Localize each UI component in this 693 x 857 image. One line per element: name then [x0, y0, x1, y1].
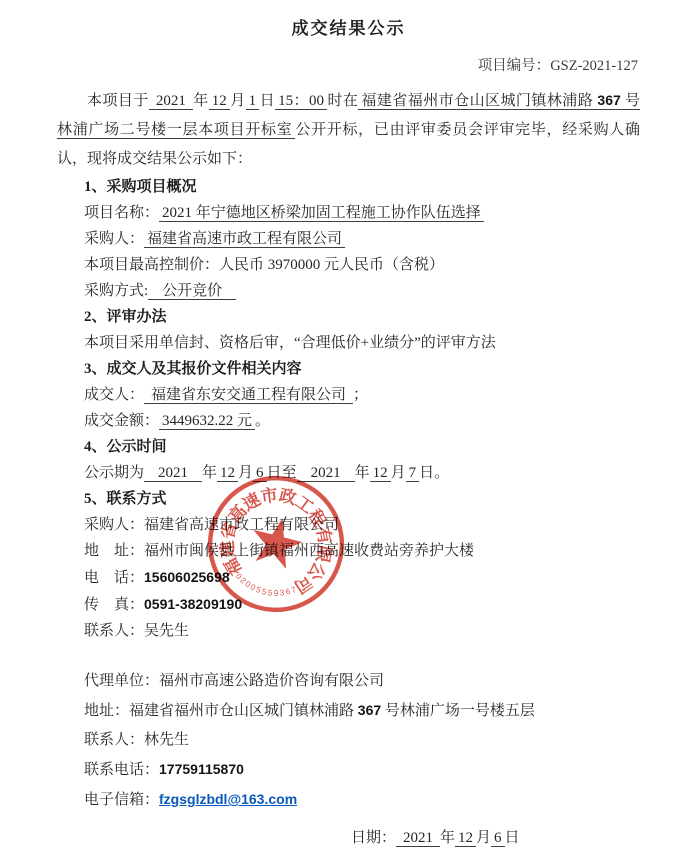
document-page: 成交结果公示 项目编号：GSZ-2021-127 本项目于2021年12月1日1… [0, 0, 693, 857]
project-name-value: 2021 年宁德地区桥梁加固工程施工协作队伍选择 [159, 205, 484, 222]
max-price-value: 人民币 3970000 元人民币（含税） [219, 257, 444, 273]
evaluation-method-text: 本项目采用单信封、资格后审，“合理低价+业绩分”的评审方法 [84, 330, 640, 356]
field-label: 电子信箱： [84, 792, 159, 808]
buyer-value: 福建省高速市政工程有限公司 [144, 231, 345, 248]
open-month-blank: 12 [209, 93, 230, 110]
agency-phone-value: 17759115870 [159, 761, 244, 777]
project-name-line: 项目名称：2021 年宁德地区桥梁加固工程施工协作队伍选择 [84, 200, 640, 226]
email-link[interactable]: fzgsglzbdl@163.com [159, 791, 297, 807]
amount-line: 成交金额：3449632.22 元。 [84, 408, 640, 434]
contact-person-value: 吴先生 [144, 623, 189, 639]
intro-paragraph: 本项目于2021年12月1日15：00时在福建省福州市仓山区城门镇林浦路 367… [57, 86, 640, 174]
amount-value: 3449632.22 元 [159, 413, 255, 430]
date-month-blank: 12 [455, 830, 476, 847]
venue-text: 福建省福州市仓山区城门镇林浦路 [361, 93, 597, 109]
field-label: 采购人： [84, 231, 144, 247]
from-day-blank: 6 [253, 465, 267, 482]
intro-text: 年 [193, 93, 209, 109]
section-2-heading: 2、评审办法 [84, 304, 640, 330]
unit-text: 年 [440, 830, 455, 846]
intro-text: 月 [230, 93, 246, 109]
field-label: 采购方式: [84, 283, 148, 299]
contact-buyer-value: 福建省高速市政工程有限公司 [144, 517, 339, 533]
open-day-blank: 1 [246, 93, 260, 110]
unit-text: 年 [355, 465, 370, 481]
from-month-blank: 12 [217, 465, 238, 482]
agency-phone-line: 联系电话：17759115870 [84, 755, 640, 785]
intro-text: 日 [259, 93, 275, 109]
unit-text: 年 [202, 465, 217, 481]
to-year-blank: 2021 [297, 465, 355, 482]
contact-phone-value: 15606025698 [144, 569, 230, 585]
winner-suffix: ； [353, 387, 368, 403]
field-label: 采购人： [84, 517, 144, 533]
field-label: 联系人： [84, 623, 144, 639]
venue-number: 367 [597, 92, 620, 108]
agency-address-text: 福建省福州市仓山区城门镇林浦路 [129, 703, 358, 719]
page-title: 成交结果公示 [57, 16, 640, 42]
publicity-period-line: 公示期为2021年12月6日至2021年12月7日。 [84, 460, 640, 486]
field-label: 项目名称： [84, 205, 159, 221]
date-line: 日期：2021年12月6日 [351, 825, 640, 851]
contact-address-value: 福州市闽侯县上街镇福州西高速收费站旁养护大楼 [144, 543, 474, 559]
open-time-blank: 15：00 [275, 93, 327, 110]
date-year-blank: 2021 [396, 830, 440, 847]
open-year-blank: 2021 [149, 93, 193, 110]
unit-text: 日。 [419, 465, 449, 481]
winner-line: 成交人：福建省东安交通工程有限公司； [84, 382, 640, 408]
procurement-method-value: 公开竞价 [148, 283, 236, 300]
contact-address-line: 地 址：福州市闽侯县上街镇福州西高速收费站旁养护大楼 [84, 538, 640, 564]
unit-text: 月 [391, 465, 406, 481]
date-day-blank: 6 [491, 830, 505, 847]
field-label: 传 真： [84, 597, 144, 613]
field-label: 联系人： [84, 732, 144, 748]
contact-person-line: 联系人：吴先生 [84, 618, 640, 644]
to-month-blank: 12 [370, 465, 391, 482]
field-label: 地 址： [84, 543, 144, 559]
agency-address-number: 367 [358, 702, 381, 718]
agency-address-line: 地址：福建省福州市仓山区城门镇林浦路 367 号林浦广场一号楼五层 [84, 696, 640, 726]
intro-text: 本项目于 [87, 93, 149, 109]
contact-phone-line: 电 话：15606025698 [84, 564, 640, 591]
agency-contact-value: 林先生 [144, 732, 189, 748]
agency-org-line: 代理单位：福州市高速公路造价咨询有限公司 [84, 667, 640, 696]
to-day-blank: 7 [406, 465, 420, 482]
contact-buyer-line: 采购人：福建省高速市政工程有限公司 [84, 512, 640, 538]
unit-text: 月 [238, 465, 253, 481]
section-1-heading: 1、采购项目概况 [84, 174, 640, 200]
agency-contact-line: 联系人：林先生 [84, 726, 640, 755]
unit-text: 日 [505, 830, 520, 846]
procurement-method-line: 采购方式:公开竞价 [84, 278, 640, 304]
section-5-heading: 5、联系方式 [84, 486, 640, 512]
contact-fax-value: 0591-38209190 [144, 596, 242, 612]
field-label: 成交金额： [84, 413, 159, 429]
section-3-heading: 3、成交人及其报价文件相关内容 [84, 356, 640, 382]
intro-text: 时在 [327, 93, 358, 109]
agency-email-line: 电子信箱：fzgsglzbdl@163.com [84, 785, 640, 815]
project-number-line: 项目编号：GSZ-2021-127 [57, 54, 640, 78]
field-label: 联系电话： [84, 762, 159, 778]
unit-text: 日至 [267, 465, 297, 481]
from-year-blank: 2021 [144, 465, 202, 482]
buyer-line: 采购人：福建省高速市政工程有限公司 [84, 226, 640, 252]
field-label: 公示期为 [84, 465, 144, 481]
winner-value: 福建省东安交通工程有限公司 [144, 387, 353, 404]
unit-text: 月 [476, 830, 491, 846]
project-number-value: GSZ-2021-127 [550, 58, 638, 74]
field-label: 地址： [84, 703, 129, 719]
agency-address-text: 号林浦广场一号楼五层 [381, 703, 535, 719]
contact-fax-line: 传 真：0591-38209190 [84, 591, 640, 618]
project-number-label: 项目编号： [478, 58, 551, 74]
field-label: 成交人： [84, 387, 144, 403]
field-label: 代理单位： [84, 673, 159, 689]
field-label: 本项目最高控制价： [84, 257, 219, 273]
field-label: 电 话： [84, 570, 144, 586]
amount-suffix: 。 [255, 413, 270, 429]
agency-org-value: 福州市高速公路造价咨询有限公司 [159, 673, 384, 689]
max-price-line: 本项目最高控制价：人民币 3970000 元人民币（含税） [84, 252, 640, 278]
field-label: 日期： [351, 830, 396, 846]
section-4-heading: 4、公示时间 [84, 434, 640, 460]
